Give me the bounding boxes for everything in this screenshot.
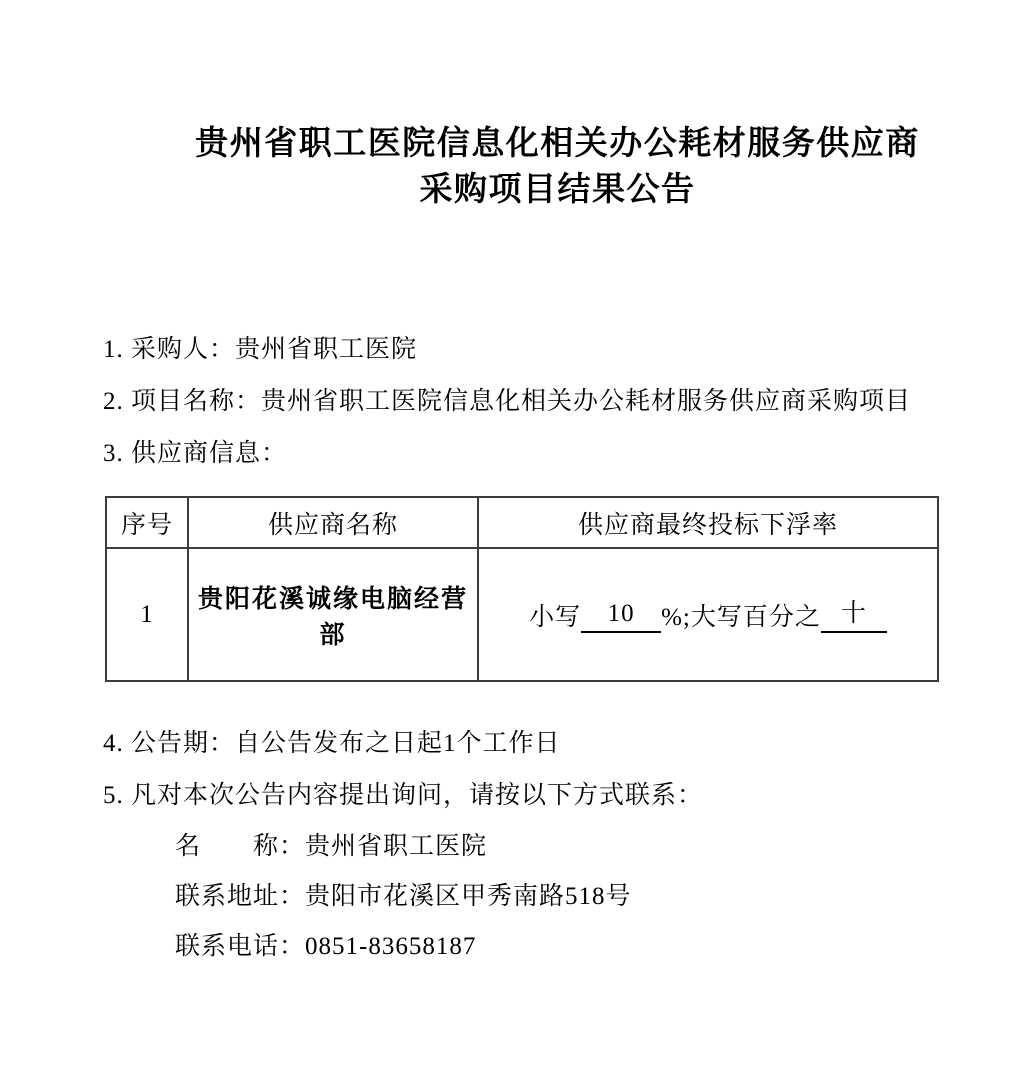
title-line-2: 采购项目结果公告 [420,170,696,207]
cell-bid-rate: 小写10%;大写百分之十 [478,548,938,681]
header-index: 序号 [106,497,188,548]
contact-phone-line: 联系电话：0851-83658187 [175,922,1024,972]
document-page: 贵州省职工医院信息化相关办公耗材服务供应商 采购项目结果公告 1. 采购人：贵州… [0,0,1024,1091]
cell-row-index: 1 [106,548,188,681]
title-line-1: 贵州省职工医院信息化相关办公耗材服务供应商 [195,124,920,161]
rate-numeric-blank: 10 [581,597,661,633]
supplier-table-header-row: 序号 供应商名称 供应商最终投标下浮率 [106,497,938,548]
rate-prefix-text: 小写 [529,604,581,631]
header-supplier-name: 供应商名称 [188,497,478,548]
contact-address-line: 联系地址：贵阳市花溪区甲秀南路518号 [175,872,1024,922]
buyer-line: 1. 采购人：贵州省职工医院 [103,324,1024,376]
cell-supplier-name: 贵阳花溪诚缘电脑经营部 [188,548,478,681]
supplier-table-row: 1 贵阳花溪诚缘电脑经营部 小写10%;大写百分之十 [106,548,938,681]
supplier-table: 序号 供应商名称 供应商最终投标下浮率 1 贵阳花溪诚缘电脑经营部 小写10%;… [105,496,939,682]
announcement-period-line: 4. 公告期：自公告发布之日起1个工作日 [103,718,1024,770]
contact-name-line: 名 称：贵州省职工医院 [175,822,1024,872]
supplier-info-line: 3. 供应商信息： [103,428,1024,480]
supplier-name-text: 贵阳花溪诚缘电脑经营部 [198,586,468,649]
inquiry-line: 5. 凡对本次公告内容提出询问，请按以下方式联系： [103,770,1024,822]
project-name-line: 2. 项目名称：贵州省职工医院信息化相关办公耗材服务供应商采购项目 [103,376,1024,428]
rate-separator-text: %;大写百分之 [661,604,821,631]
document-title: 贵州省职工医院信息化相关办公耗材服务供应商 采购项目结果公告 [105,0,1010,212]
header-bid-rate: 供应商最终投标下浮率 [478,497,938,548]
rate-chinese-blank: 十 [821,597,887,633]
